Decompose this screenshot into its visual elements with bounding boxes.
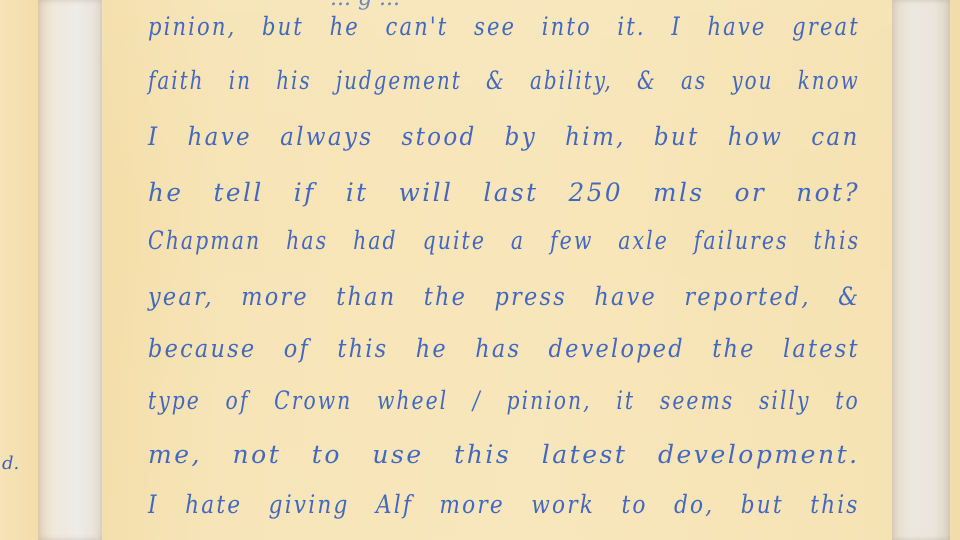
handwritten-line-10: I hate giving Alf more work to do, but t… bbox=[148, 490, 860, 519]
left-page-text-fragment: d. bbox=[2, 453, 19, 474]
left-page-edge: d. bbox=[0, 0, 38, 540]
handwritten-line-6: year, more than the press have reported,… bbox=[148, 282, 860, 311]
handwritten-line-9: me, not to use this latest development. bbox=[148, 440, 860, 469]
cut-off-top-line: ... g ... bbox=[330, 0, 400, 11]
handwritten-line-5: Chapman has had quite a few axle failure… bbox=[148, 226, 860, 255]
handwritten-line-2: faith in his judgement & ability, & as y… bbox=[148, 66, 860, 95]
right-page-edge bbox=[950, 0, 960, 540]
handwritten-line-3: I have always stood by him, but how can bbox=[148, 122, 860, 151]
left-binding-gutter bbox=[38, 0, 102, 540]
handwritten-line-4: he tell if it will last 250 mls or not? bbox=[148, 178, 860, 207]
letter-photo: d. ... g ... pinion, but he can't see in… bbox=[0, 0, 960, 540]
handwritten-line-7: because of this he has developed the lat… bbox=[148, 334, 860, 363]
handwritten-line-8: type of Crown wheel / pinion, it seems s… bbox=[148, 386, 860, 415]
right-binding-gutter bbox=[892, 0, 950, 540]
handwritten-line-1: pinion, but he can't see into it. I have… bbox=[148, 12, 860, 41]
